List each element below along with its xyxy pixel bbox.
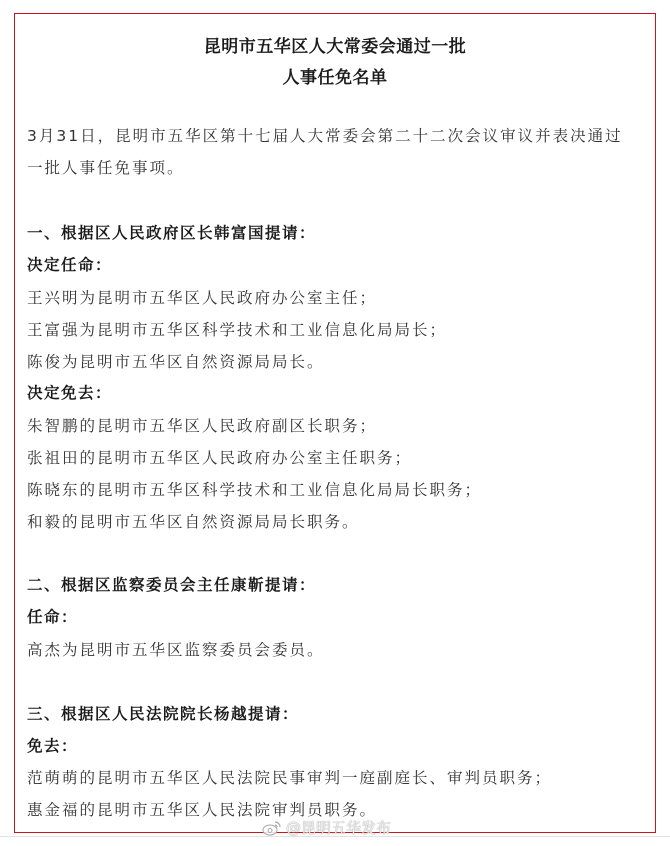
intro-text-line1: 3月31日，昆明市五华区第十七届人大常委会第二十二次会议审议并表决通过 [27, 126, 623, 146]
list-item: 王富强为昆明市五华区科学技术和工业信息化局局长； [27, 320, 447, 340]
list-item: 范萌萌的昆明市五华区人民法院民事审判一庭副庭长、审判员职务； [27, 768, 552, 788]
list-item: 高杰为昆明市五华区监察委员会委员。 [27, 640, 325, 660]
list-item: 陈晓东的昆明市五华区科学技术和工业信息化局局长职务； [27, 480, 482, 500]
section-3-remove-label: 免去： [27, 736, 78, 756]
section-2-appoint-label: 任命： [27, 607, 78, 627]
list-item: 朱智鹏的昆明市五华区人民政府副区长职务； [27, 416, 377, 436]
list-item: 王兴明为昆明市五华区人民政府办公室主任； [27, 288, 377, 308]
list-item: 和毅的昆明市五华区自然资源局局长职务。 [27, 512, 360, 532]
intro-text-line2: 一批人事任免事项。 [27, 158, 185, 178]
section-2-heading: 二、根据区监察委员会主任康靳提请： [27, 575, 316, 595]
weibo-watermark: @昆明五华发布 [262, 817, 391, 838]
weibo-icon [262, 820, 282, 836]
document-title-line2: 人事任免名单 [0, 63, 670, 88]
list-item: 陈俊为昆明市五华区自然资源局局长。 [27, 352, 325, 372]
section-1-appoint-label: 决定任命： [27, 255, 112, 275]
section-3-heading: 三、根据区人民法院院长杨越提请： [27, 704, 299, 724]
watermark-text: @昆明五华发布 [286, 817, 391, 838]
section-1-heading: 一、根据区人民政府区长韩富国提请： [27, 223, 316, 243]
document-title-line1: 昆明市五华区人大常委会通过一批 [0, 32, 670, 57]
section-1-remove-label: 决定免去： [27, 383, 112, 403]
list-item: 张祖田的昆明市五华区人民政府办公室主任职务； [27, 448, 412, 468]
